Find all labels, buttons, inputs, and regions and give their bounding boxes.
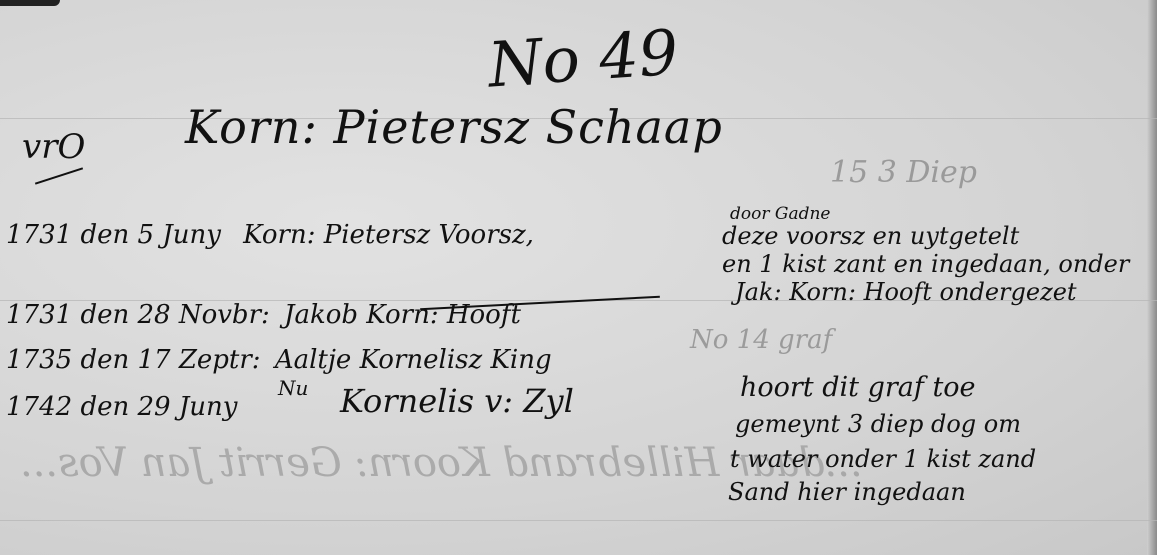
entry-month: Juny bbox=[179, 392, 238, 422]
note2-line: Sand hier ingedaan bbox=[728, 478, 966, 506]
entry-year: 1731 bbox=[6, 220, 72, 250]
note1-line: en 1 kist zant en ingedaan, onder bbox=[722, 250, 1129, 278]
note2-line: gemeynt 3 diep dog om bbox=[735, 410, 1021, 438]
note1-line: Jak: Korn: Hooft ondergezet bbox=[735, 278, 1077, 306]
entry-name: Aaltje Kornelisz King bbox=[275, 345, 552, 375]
entry-3: 1735 den 17 Zeptr: Aaltje Kornelisz King bbox=[6, 345, 552, 375]
entry-day: den 5 bbox=[80, 220, 154, 250]
entry-year: 1731 bbox=[6, 300, 72, 330]
entry-day: den 17 bbox=[80, 345, 170, 375]
entry-1: 1731 den 5 Juny Korn: Pietersz Voorsz, bbox=[6, 220, 534, 250]
note1-line: deze voorsz en uytgetelt bbox=[722, 222, 1019, 250]
entry-name: Korn: Pietersz Voorsz, bbox=[243, 220, 534, 250]
scanned-register-page: ...daar Hillebrand Koorn: Gerrit Jan Vos… bbox=[0, 0, 1157, 555]
note2-line: t water onder 1 kist zand bbox=[730, 445, 1036, 473]
gender-marker: vrO bbox=[22, 127, 85, 167]
entry-day: den 28 bbox=[80, 300, 170, 330]
entry-4: 1742 den 29 Juny bbox=[6, 392, 237, 422]
entry-month: Zeptr: bbox=[179, 345, 261, 375]
note1-line: door Gadne bbox=[730, 204, 831, 224]
owner-name: Korn: Pietersz Schaap bbox=[185, 100, 723, 154]
entry-year: 1742 bbox=[6, 392, 72, 422]
entry-4-name: Kornelis v: Zyl bbox=[340, 382, 574, 420]
entry-day: den 29 bbox=[80, 392, 170, 422]
gender-underline bbox=[35, 167, 83, 184]
page-corner-shadow bbox=[0, 0, 60, 6]
faint-stamp: No 14 graf bbox=[690, 325, 832, 355]
entry-year: 1735 bbox=[6, 345, 72, 375]
margin-note-depth: 15 3 Diep bbox=[830, 155, 977, 190]
ruled-line bbox=[0, 520, 1157, 521]
grave-number: No 49 bbox=[486, 15, 681, 101]
entry-month: Novbr: bbox=[179, 300, 270, 330]
note2-line: hoort dit graf toe bbox=[740, 372, 976, 403]
entry-2: 1731 den 28 Novbr: Jakob Korn: Hooft bbox=[6, 300, 521, 330]
page-edge-shadow bbox=[1147, 0, 1157, 555]
entry-month: Juny bbox=[162, 220, 221, 250]
entry-prefix: Nu bbox=[278, 376, 308, 400]
